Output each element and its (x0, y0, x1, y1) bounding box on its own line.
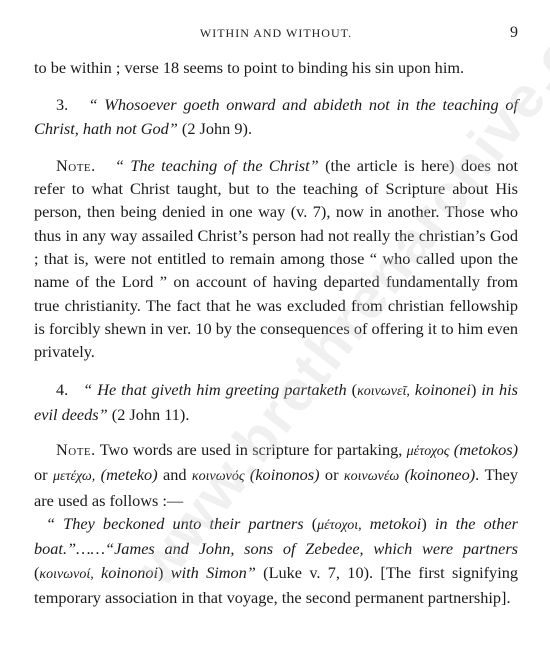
transliteration: (koinoneo) (399, 465, 475, 484)
numbered-point-4: 4. “ He that giveth him greeting partake… (34, 378, 518, 427)
running-title: WITHIN AND WITHOUT. (34, 26, 518, 41)
paragraph-text: to be within ; verse 18 seems to point t… (34, 58, 464, 77)
note-paragraph-2: Note. Two words are used in scripture fo… (34, 438, 518, 512)
point-number: 4. (56, 380, 68, 399)
greek-word: κοινωνός (192, 469, 245, 484)
scripture-quote: with Simon” (171, 563, 256, 582)
scripture-quote: “ He that giveth him greeting partaketh (83, 380, 347, 399)
greek-word: μέτοχοι, (317, 518, 362, 533)
transliteration: koinonei (410, 380, 471, 399)
greek-word: κοινωνέω (344, 469, 399, 484)
scripture-reference: (2 John 11). (108, 405, 190, 424)
paren: ) (421, 514, 435, 533)
conjunction: or (34, 465, 53, 484)
note-label: Note. (56, 156, 96, 175)
numbered-point-3: 3. “ Whosoever goeth onward and abideth … (34, 93, 518, 140)
scripture-quote: “ They beckoned unto their partners (46, 514, 304, 533)
conjunction: and (158, 465, 192, 484)
paren: ) (158, 563, 171, 582)
scripture-reference: (Luke v. 7, 10). (256, 563, 373, 582)
greek-word: κοινωνοί, (39, 567, 93, 582)
paren: ) (471, 380, 481, 399)
body-text: to be within ; verse 18 seems to point t… (34, 56, 518, 609)
greek-word: μέτοχος (407, 444, 450, 459)
running-head: WITHIN AND WITHOUT. 9 (34, 24, 518, 42)
transliteration: koinonoi (94, 563, 158, 582)
transliteration: metokoi (362, 514, 422, 533)
note-quote: “ The teaching of the Christ” (115, 156, 319, 175)
note-text: (the article is here) does not refer to … (34, 156, 518, 361)
point-number: 3. (56, 95, 68, 114)
scripture-reference: (2 John 9). (178, 119, 252, 138)
paren: ( (304, 514, 318, 533)
page-number: 9 (510, 24, 518, 42)
paren: ( (347, 380, 357, 399)
quotation-paragraph: “ They beckoned unto their partners (μέτ… (34, 512, 518, 609)
note-text: Two words are used in scripture for part… (96, 440, 407, 459)
note-label: Note. (56, 440, 96, 459)
transliteration: (meteko) (95, 465, 157, 484)
transliteration: (koinonos) (245, 465, 320, 484)
greek-word: μετέχω, (53, 469, 95, 484)
scripture-quote: “ Whosoever goeth onward and abideth not… (34, 95, 518, 137)
greek-word: κοινωνεῖ, (357, 384, 410, 399)
paragraph-continuation: to be within ; verse 18 seems to point t… (34, 56, 518, 79)
note-paragraph-1: Note. “ The teaching of the Christ” (the… (34, 154, 518, 364)
conjunction: or (320, 465, 344, 484)
transliteration: (metokos) (449, 440, 518, 459)
